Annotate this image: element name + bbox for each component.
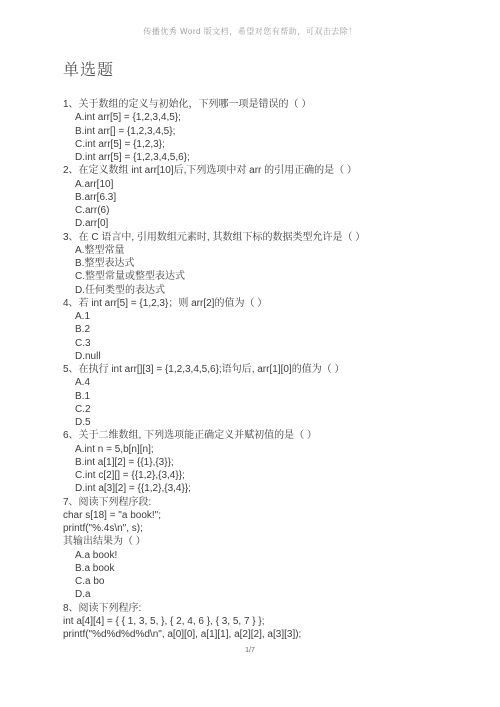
question-line: 1、关于数组的定义与初始化，下列哪一项是错误的（ ） bbox=[63, 98, 470, 111]
option-line: C.a bo bbox=[63, 575, 470, 588]
question-line: printf("%d%d%d%d\n", a[0][0], a[1][1], a… bbox=[63, 628, 470, 641]
question-line: printf("%.4s\n", s); bbox=[63, 522, 470, 535]
question-line: int a[4][4] = { { 1, 3, 5, }, { 2, 4, 6 … bbox=[63, 615, 470, 628]
question-line: 7、阅读下列程序段: bbox=[63, 496, 470, 509]
question-line: 8、阅读下列程序: bbox=[63, 602, 470, 615]
option-line: A.int arr[5] = {1,2,3,4,5}; bbox=[63, 111, 470, 124]
option-line: B.arr[6.3] bbox=[63, 191, 470, 204]
questions-container: 1、关于数组的定义与初始化，下列哪一项是错误的（ ）A.int arr[5] =… bbox=[63, 98, 470, 641]
option-line: B.int arr[] = {1,2,3,4,5}; bbox=[63, 125, 470, 138]
option-line: D.a bbox=[63, 588, 470, 601]
question-line: 5、在执行 int arr[][3] = {1,2,3,4,5,6};语句后, … bbox=[63, 363, 470, 376]
watermark-text: 传播优秀 Word 版文档，希望对您有帮助，可双击去除！ bbox=[0, 26, 500, 37]
option-line: D.5 bbox=[63, 416, 470, 429]
question-block: 4、若 int arr[5] = {1,2,3}；则 arr[2]的值为（ ）A… bbox=[63, 297, 470, 363]
question-block: 7、阅读下列程序段:char s[18] = "a book!";printf(… bbox=[63, 496, 470, 602]
option-line: D.int arr[5] = {1,2,3,4,5,6}; bbox=[63, 151, 470, 164]
page-title: 单选题 bbox=[63, 57, 114, 80]
question-block: 6、关于二维数组, 下列选项能正确定义并赋初值的是（ ）A.int n = 5,… bbox=[63, 429, 470, 495]
question-line: 3、在 C 语言中, 引用数组元素时, 其数组下标的数据类型允许是（ ） bbox=[63, 231, 470, 244]
option-line: A.arr[10] bbox=[63, 178, 470, 191]
option-line: C.整型常量或整型表达式 bbox=[63, 270, 470, 283]
option-line: C.3 bbox=[63, 337, 470, 350]
option-line: D.任何类型的表达式 bbox=[63, 284, 470, 297]
question-block: 8、阅读下列程序:int a[4][4] = { { 1, 3, 5, }, {… bbox=[63, 602, 470, 642]
option-line: B.2 bbox=[63, 323, 470, 336]
option-line: C.int arr[5] = {1,2,3}; bbox=[63, 138, 470, 151]
option-line: B.int a[1][2] = {{1},{3}}; bbox=[63, 456, 470, 469]
question-line: 4、若 int arr[5] = {1,2,3}；则 arr[2]的值为（ ） bbox=[63, 297, 470, 310]
option-line: B.整型表达式 bbox=[63, 257, 470, 270]
document-page: 传播优秀 Word 版文档，希望对您有帮助，可双击去除！ 单选题 1、关于数组的… bbox=[0, 0, 500, 707]
option-line: A.1 bbox=[63, 310, 470, 323]
question-line: char s[18] = "a book!"; bbox=[63, 509, 470, 522]
question-block: 1、关于数组的定义与初始化，下列哪一项是错误的（ ）A.int arr[5] =… bbox=[63, 98, 470, 164]
question-block: 5、在执行 int arr[][3] = {1,2,3,4,5,6};语句后, … bbox=[63, 363, 470, 429]
option-line: D.int a[3][2] = {{1,2},{3,4}}; bbox=[63, 482, 470, 495]
option-line: C.int c[2][] = {{1,2},{3,4}}; bbox=[63, 469, 470, 482]
option-line: A.a book! bbox=[63, 549, 470, 562]
question-block: 3、在 C 语言中, 引用数组元素时, 其数组下标的数据类型允许是（ ）A.整型… bbox=[63, 231, 470, 297]
option-line: B.1 bbox=[63, 390, 470, 403]
option-line: C.arr(6) bbox=[63, 204, 470, 217]
option-line: D.null bbox=[63, 350, 470, 363]
option-line: B.a book bbox=[63, 562, 470, 575]
page-number: 1/7 bbox=[0, 647, 500, 654]
question-line: 6、关于二维数组, 下列选项能正确定义并赋初值的是（ ） bbox=[63, 429, 470, 442]
question-line: 其输出结果为（ ） bbox=[63, 535, 470, 548]
option-line: A.4 bbox=[63, 376, 470, 389]
option-line: A.int n = 5,b[n][n]; bbox=[63, 443, 470, 456]
option-line: A.整型常量 bbox=[63, 244, 470, 257]
question-line: 2、在定义数组 int arr[10]后,下列选项中对 arr 的引用正确的是（… bbox=[63, 164, 470, 177]
question-block: 2、在定义数组 int arr[10]后,下列选项中对 arr 的引用正确的是（… bbox=[63, 164, 470, 230]
option-line: C.2 bbox=[63, 403, 470, 416]
option-line: D.arr[0] bbox=[63, 217, 470, 230]
